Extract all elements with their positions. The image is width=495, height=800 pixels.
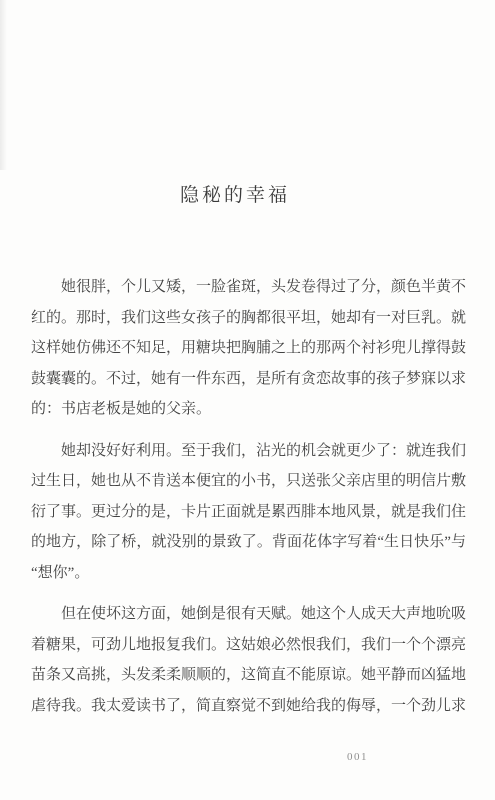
chapter-title: 隐秘的幸福: [0, 180, 470, 207]
page-edge-shadow: [0, 0, 7, 170]
body-text: 她很胖，个儿又矮，一脸雀斑，头发卷得过了分，颜色半黄不红的。那时，我们这些女孩子…: [31, 272, 466, 732]
paragraph-2: 她却没好好利用。至于我们，沾光的机会就更少了：就连我们过生日，她也从不肯送本便宜…: [31, 436, 466, 589]
paragraph-1: 她很胖，个儿又矮，一脸雀斑，头发卷得过了分，颜色半黄不红的。那时，我们这些女孩子…: [31, 272, 466, 425]
book-page: 隐秘的幸福 她很胖，个儿又矮，一脸雀斑，头发卷得过了分，颜色半黄不红的。那时，我…: [0, 0, 495, 800]
page-number: 001: [347, 751, 368, 763]
paragraph-3: 但在使坏这方面，她倒是很有天赋。她这个人成天大声地吮吸着糖果，可劲儿地报复我们。…: [31, 599, 466, 721]
